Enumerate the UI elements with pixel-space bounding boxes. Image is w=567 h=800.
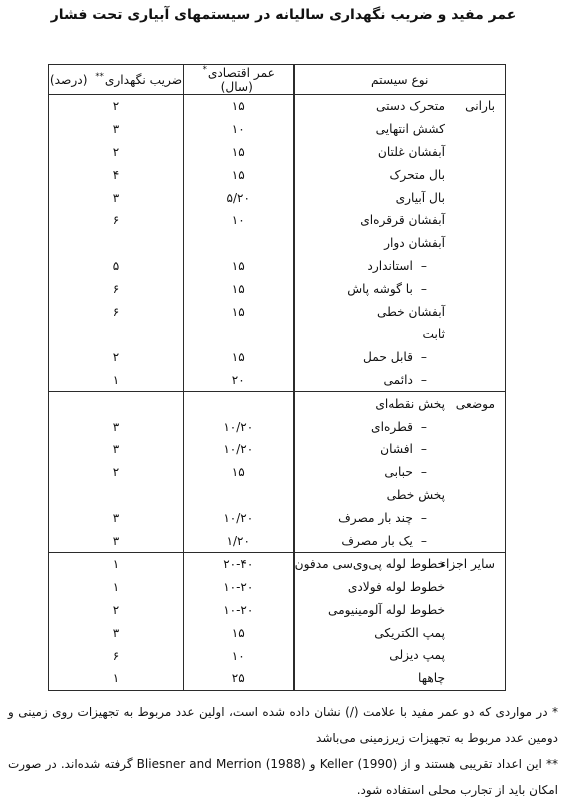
- system-cell: آبفشان قرقره‌ای: [294, 209, 506, 232]
- system-cell: –افشان: [294, 438, 506, 461]
- system-name: –قابل حمل: [295, 351, 506, 363]
- system-name: –استاندارد: [295, 260, 506, 272]
- system-name-text: متحرک دستی: [376, 99, 445, 113]
- table-row: –استاندارد۱۵۵: [49, 255, 506, 278]
- system-cell: چاهها: [294, 667, 506, 690]
- system-cell: آبفشان دوار: [294, 232, 506, 255]
- economic-life-value: ۱/۲۰: [184, 529, 294, 552]
- economic-life-value: ۱۵: [184, 461, 294, 484]
- sub-item-dash: –: [421, 511, 427, 525]
- table-row: آبفشان قرقره‌ای۱۰۶: [49, 209, 506, 232]
- system-name-text: با گوشه پاش: [347, 282, 413, 296]
- system-cell: موضعیپخش نقطه‌ای: [294, 392, 506, 415]
- table-row: ثابت: [49, 323, 506, 346]
- system-name: –با گوشه پاش: [295, 283, 506, 295]
- system-cell: –دائمی: [294, 369, 506, 392]
- sub-item-dash: –: [421, 534, 427, 548]
- maintenance-coef-value: ۲: [49, 346, 184, 369]
- table-row: بال آبیاری۵/۲۰۳: [49, 186, 506, 209]
- sub-item-dash: –: [421, 282, 427, 296]
- economic-life-value: ۱۰: [184, 209, 294, 232]
- system-cell: پمپ الکتریکی: [294, 621, 506, 644]
- table-row: –حبابی۱۵۲: [49, 461, 506, 484]
- maintenance-coef-value: [49, 484, 184, 507]
- economic-life-value: ۱۵: [184, 141, 294, 164]
- system-name: ثابت: [295, 328, 506, 340]
- irrigation-life-table: نوع سیستم عمر اقتصادی* (سال) ضریب نگهدار…: [48, 64, 506, 691]
- table-row: پمپ دیزلی۱۰۶: [49, 644, 506, 667]
- footnote-sources: ** این اعداد تقریبی هستند و از Keller (1…: [8, 751, 558, 800]
- system-cell: –یک بار مصرف: [294, 529, 506, 552]
- system-name: آبفشان قرقره‌ای: [295, 214, 506, 226]
- maintenance-coef-value: ۲: [49, 461, 184, 484]
- table-row: خطوط لوله فولادی۱۰-۲۰۱: [49, 576, 506, 599]
- economic-life-value: ۲۰-۴۰: [184, 553, 294, 576]
- economic-life-value: ۱۰/۲۰: [184, 438, 294, 461]
- sub-item-dash: –: [421, 420, 427, 434]
- system-name-text: پخش خطی: [387, 488, 445, 502]
- maintenance-coef-value: ۳: [49, 118, 184, 141]
- table-row: بارانیمتحرک دستی۱۵۲: [49, 95, 506, 118]
- system-cell: خطوط لوله فولادی: [294, 576, 506, 599]
- sub-item-dash: –: [421, 373, 427, 387]
- economic-life-value: ۲۵: [184, 667, 294, 690]
- category-label: موضعی: [456, 398, 495, 410]
- system-name-text: ثابت: [423, 327, 445, 341]
- economic-life-value: ۱۰/۲۰: [184, 506, 294, 529]
- economic-life-value: ۱۰: [184, 118, 294, 141]
- maintenance-coef-value: ۱: [49, 369, 184, 392]
- table-row: آبفشان خطی۱۵۶: [49, 300, 506, 323]
- maintenance-coef-value: [49, 232, 184, 255]
- system-name-text: خطوط لوله پی‌وی‌سی مدفون: [295, 557, 445, 571]
- system-name-text: آبفشان قرقره‌ای: [360, 213, 445, 227]
- table-row: پمپ الکتریکی۱۵۳: [49, 621, 506, 644]
- system-cell: –حبابی: [294, 461, 506, 484]
- system-name: بال متحرک: [295, 169, 506, 181]
- system-name: –حبابی: [295, 466, 506, 478]
- system-name: خطوط لوله آلومینیومی: [295, 604, 506, 616]
- economic-life-value: ۱۰-۲۰: [184, 599, 294, 622]
- footnote-marker-one: *: [203, 65, 207, 75]
- maintenance-coef-value: ۵: [49, 255, 184, 278]
- system-cell: کشش انتهایی: [294, 118, 506, 141]
- header-economic-life-unit: (سال): [221, 80, 253, 94]
- system-cell: بارانیمتحرک دستی: [294, 95, 506, 118]
- footnote-marker-two: **: [95, 72, 104, 82]
- table-row: پخش خطی: [49, 484, 506, 507]
- system-name-text: یک بار مصرف: [341, 534, 413, 548]
- system-name-text: خطوط لوله آلومینیومی: [328, 603, 445, 617]
- economic-life-value: ۱۰-۲۰: [184, 576, 294, 599]
- category-label: سایر اجزاء: [440, 558, 495, 570]
- system-cell: ثابت: [294, 323, 506, 346]
- table-row: آبفشان دوار: [49, 232, 506, 255]
- system-name: خطوط لوله فولادی: [295, 581, 506, 593]
- system-name: پخش خطی: [295, 489, 506, 501]
- table-header-row: نوع سیستم عمر اقتصادی* (سال) ضریب نگهدار…: [49, 65, 506, 95]
- system-name: آبفشان دوار: [295, 237, 506, 249]
- maintenance-coef-value: ۲: [49, 599, 184, 622]
- table-row: –یک بار مصرف۱/۲۰۳: [49, 529, 506, 552]
- table-row: خطوط لوله آلومینیومی۱۰-۲۰۲: [49, 599, 506, 622]
- table-body: بارانیمتحرک دستی۱۵۲کشش انتهایی۱۰۳آبفشان …: [49, 95, 506, 691]
- table-row: موضعیپخش نقطه‌ای: [49, 392, 506, 415]
- system-name-text: استاندارد: [367, 259, 412, 273]
- header-economic-life-label: عمر اقتصادی: [208, 66, 275, 80]
- economic-life-value: ۱۰/۲۰: [184, 415, 294, 438]
- system-name-text: بال آبیاری: [396, 191, 445, 205]
- maintenance-coef-value: ۶: [49, 644, 184, 667]
- economic-life-value: ۱۰: [184, 644, 294, 667]
- system-cell: –چند بار مصرف: [294, 506, 506, 529]
- table-row: –قطره‌ای۱۰/۲۰۳: [49, 415, 506, 438]
- maintenance-coef-value: ۴: [49, 163, 184, 186]
- economic-life-value: ۲۰: [184, 369, 294, 392]
- system-cell: –قطره‌ای: [294, 415, 506, 438]
- maintenance-coef-value: [49, 323, 184, 346]
- system-name-text: پخش نقطه‌ای: [375, 397, 445, 411]
- system-name-text: آبفشان دوار: [384, 236, 445, 250]
- economic-life-value: ۱۵: [184, 95, 294, 118]
- table-row: –قابل حمل۱۵۲: [49, 346, 506, 369]
- system-cell: آبفشان غلتان: [294, 141, 506, 164]
- system-name-text: افشان: [380, 442, 413, 456]
- economic-life-value: ۱۵: [184, 346, 294, 369]
- table-row: سایر اجزاءخطوط لوله پی‌وی‌سی مدفون۲۰-۴۰۱: [49, 553, 506, 576]
- system-name: –یک بار مصرف: [295, 535, 506, 547]
- table-row: –چند بار مصرف۱۰/۲۰۳: [49, 506, 506, 529]
- table-header: نوع سیستم عمر اقتصادی* (سال) ضریب نگهدار…: [49, 65, 506, 95]
- economic-life-value: [184, 484, 294, 507]
- header-economic-life: عمر اقتصادی* (سال): [184, 65, 294, 95]
- category-label: بارانی: [465, 100, 495, 112]
- system-name-text: چند بار مصرف: [338, 511, 413, 525]
- economic-life-value: ۱۵: [184, 255, 294, 278]
- system-name-text: چاهها: [418, 671, 445, 685]
- economic-life-value: ۱۵: [184, 277, 294, 300]
- system-name-text: دائمی: [383, 373, 412, 387]
- economic-life-value: [184, 232, 294, 255]
- system-cell: خطوط لوله آلومینیومی: [294, 599, 506, 622]
- table-row: –با گوشه پاش۱۵۶: [49, 277, 506, 300]
- maintenance-coef-value: ۲: [49, 95, 184, 118]
- sub-item-dash: –: [421, 350, 427, 364]
- system-name-text: قابل حمل: [363, 350, 413, 364]
- system-name-text: آبفشان خطی: [377, 305, 445, 319]
- header-maintenance-coef: ضریب نگهداری** (درصد): [49, 65, 184, 95]
- table-row: چاهها۲۵۱: [49, 667, 506, 690]
- system-name: چاهها: [295, 672, 506, 684]
- system-name-text: پمپ دیزلی: [389, 648, 445, 662]
- maintenance-coef-value: ۳: [49, 186, 184, 209]
- economic-life-value: ۱۵: [184, 621, 294, 644]
- table-row: –افشان۱۰/۲۰۳: [49, 438, 506, 461]
- document-page: عمر مفید و ضریب نگهداری سالیانه در سیستم…: [0, 0, 567, 800]
- system-cell: –استاندارد: [294, 255, 506, 278]
- system-name-text: قطره‌ای: [371, 420, 413, 434]
- table-row: –دائمی۲۰۱: [49, 369, 506, 392]
- system-name: –چند بار مصرف: [295, 512, 506, 524]
- economic-life-value: [184, 392, 294, 415]
- table-row: بال متحرک۱۵۴: [49, 163, 506, 186]
- footnote-useful-life: * در مواردی که دو عمر مفید با علامت (/) …: [8, 699, 558, 751]
- system-name: –دائمی: [295, 374, 506, 386]
- maintenance-coef-value: ۳: [49, 415, 184, 438]
- system-name-text: خطوط لوله فولادی: [348, 580, 445, 594]
- maintenance-coef-value: ۳: [49, 438, 184, 461]
- header-maintenance-coef-unit: (درصد): [50, 73, 88, 87]
- economic-life-value: ۱۵: [184, 163, 294, 186]
- economic-life-value: ۱۵: [184, 300, 294, 323]
- table-row: آبفشان غلتان۱۵۲: [49, 141, 506, 164]
- maintenance-coef-value: ۶: [49, 300, 184, 323]
- system-name: –افشان: [295, 443, 506, 455]
- system-name: پمپ دیزلی: [295, 649, 506, 661]
- maintenance-coef-value: ۱: [49, 553, 184, 576]
- maintenance-coef-value: ۳: [49, 621, 184, 644]
- system-cell: پمپ دیزلی: [294, 644, 506, 667]
- system-cell: پخش خطی: [294, 484, 506, 507]
- maintenance-coef-value: ۱: [49, 667, 184, 690]
- system-name-text: آبفشان غلتان: [378, 145, 445, 159]
- maintenance-coef-value: ۶: [49, 277, 184, 300]
- system-name: کشش انتهایی: [295, 123, 506, 135]
- system-name-text: حبابی: [384, 465, 412, 479]
- system-name: آبفشان خطی: [295, 306, 506, 318]
- system-cell: سایر اجزاءخطوط لوله پی‌وی‌سی مدفون: [294, 553, 506, 576]
- system-name-text: پمپ الکتریکی: [374, 626, 445, 640]
- table-row: کشش انتهایی۱۰۳: [49, 118, 506, 141]
- system-name: پمپ الکتریکی: [295, 627, 506, 639]
- header-maintenance-coef-label: ضریب نگهداری: [105, 73, 182, 87]
- maintenance-coef-value: [49, 392, 184, 415]
- page-title: عمر مفید و ضریب نگهداری سالیانه در سیستم…: [0, 7, 567, 23]
- economic-life-value: ۵/۲۰: [184, 186, 294, 209]
- system-cell: بال متحرک: [294, 163, 506, 186]
- maintenance-coef-value: ۳: [49, 529, 184, 552]
- header-system-type: نوع سیستم: [294, 65, 506, 95]
- maintenance-coef-value: ۲: [49, 141, 184, 164]
- system-name-text: کشش انتهایی: [376, 122, 445, 136]
- maintenance-coef-value: ۱: [49, 576, 184, 599]
- maintenance-coef-value: ۶: [49, 209, 184, 232]
- sub-item-dash: –: [421, 465, 427, 479]
- economic-life-value: [184, 323, 294, 346]
- sub-item-dash: –: [421, 442, 427, 456]
- footnotes: * در مواردی که دو عمر مفید با علامت (/) …: [8, 699, 558, 800]
- system-cell: آبفشان خطی: [294, 300, 506, 323]
- header-system-type-label: نوع سیستم: [371, 73, 428, 87]
- system-cell: –قابل حمل: [294, 346, 506, 369]
- system-name: آبفشان غلتان: [295, 146, 506, 158]
- sub-item-dash: –: [421, 259, 427, 273]
- maintenance-coef-value: ۳: [49, 506, 184, 529]
- system-cell: –با گوشه پاش: [294, 277, 506, 300]
- system-cell: بال آبیاری: [294, 186, 506, 209]
- system-name: بال آبیاری: [295, 192, 506, 204]
- system-name: –قطره‌ای: [295, 421, 506, 433]
- system-name-text: بال متحرک: [389, 168, 445, 182]
